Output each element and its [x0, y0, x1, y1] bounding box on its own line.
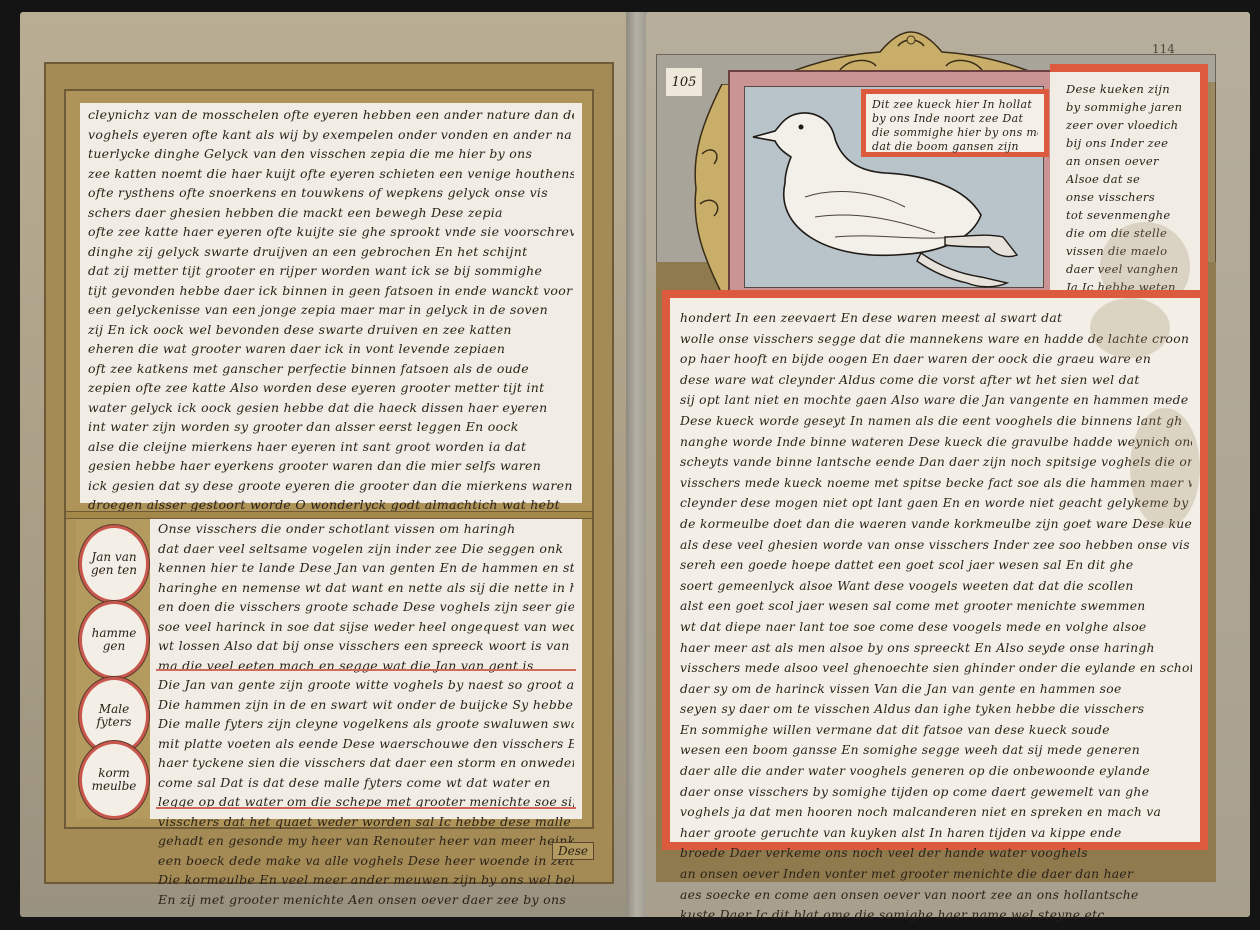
caption-line: by ons Inde noort zee Dat [872, 112, 1038, 126]
manuscript-text-line: voghels ja dat men hooren noch malcander… [680, 802, 1192, 823]
manuscript-text-line: haer meer ast als men alsoe by ons spree… [680, 638, 1192, 659]
bird-illustration-frame: Dit zee kueck hier In hollat by ons Inde… [728, 70, 1060, 304]
manuscript-text-line: een gelyckenisse van een jonge zepia mae… [88, 300, 574, 320]
manuscript-text-line: soert gemeenlyck alsoe Want dese voogels… [680, 576, 1192, 597]
manuscript-text-line: int water zijn worden sy grooter dan als… [88, 417, 574, 437]
red-underline-rule [156, 807, 576, 809]
manuscript-text-line: alst een goet scol jaer wesen sal come m… [680, 596, 1192, 617]
manuscript-text-line: Die kormeulbe En veel meer ander meuwen … [158, 870, 574, 890]
manuscript-text-line: voghels eyeren ofte kant als wij by exem… [88, 125, 574, 145]
manuscript-text-line: zepien ofte zee katte Also worden dese e… [88, 378, 574, 398]
manuscript-text-line: Alsoe dat se [1066, 170, 1194, 188]
manuscript-text-line: mit platte voeten als eende Dese waersch… [158, 734, 574, 754]
manuscript-text-line: ofte zee katte haer eyeren ofte kuijte s… [88, 222, 574, 242]
manuscript-text-line: onse visschers [1066, 188, 1194, 206]
water-stain [1090, 298, 1170, 358]
manuscript-text-line: come sal Dat is dat dese malle fyters co… [158, 773, 574, 793]
manuscript-text-line: broede Daer verkeme ons noch veel der ha… [680, 843, 1192, 864]
marginal-label-kormeulbe: korm meulbe [79, 741, 149, 819]
manuscript-text-line: haer groote geruchte van kuyken alst In … [680, 823, 1192, 844]
bird-illustration: Dit zee kueck hier In hollat by ons Inde… [744, 86, 1044, 288]
caption-line: Dit zee kueck hier In hollat [872, 98, 1038, 112]
left-ochre-frame: cleynichz van de mosschelen ofte eyeren … [44, 62, 614, 884]
illustration-caption-box: Dit zee kueck hier In hollat by ons Inde… [861, 89, 1049, 157]
manuscript-text-line: zij En ick oock wel bevonden dese swarte… [88, 320, 574, 340]
red-underline-rule [156, 669, 576, 671]
manuscript-text-line: tuerlycke dinghe Gelyck van den visschen… [88, 144, 574, 164]
manuscript-text-line: an onsen oever [1066, 152, 1194, 170]
manuscript-text-line: Die Jan van gente zijn groote witte vogh… [158, 675, 574, 695]
manuscript-text-line: dinghe zij gelyck swarte druijven an een… [88, 242, 574, 262]
manuscript-text-line: kuste Daer Ic dit blat ome die somighe h… [680, 905, 1192, 926]
manuscript-text-line: cleynder dese mogen niet opt lant gaen E… [680, 493, 1192, 514]
manuscript-text-line: daer sy om de harinck vissen Van die Jan… [680, 679, 1192, 700]
manuscript-text-line: visschers mede alsoo veel ghenoechte sie… [680, 658, 1192, 679]
manuscript-text-line: nanghe worde Inde binne wateren Dese kue… [680, 432, 1192, 453]
manuscript-text-line: soe veel harinck in soe dat sijse weder … [158, 617, 574, 637]
manuscript-text-line: gesien hebbe haer eyerkens grooter waren… [88, 456, 574, 476]
manuscript-text-line: visschers mede kueck noeme met spitse be… [680, 473, 1192, 494]
manuscript-text-line: sij opt lant niet en mochte gaen Also wa… [680, 390, 1192, 411]
marginal-gutter: Jan van gen ten hamme gen Male fyters ko… [76, 519, 152, 819]
manuscript-text-line: als dese veel ghesien worde van onse vis… [680, 535, 1192, 556]
manuscript-text-line: gehadt en gesonde my heer van Renouter h… [158, 831, 574, 851]
manuscript-text-line: de kormeulbe doet dan die waeren vande k… [680, 514, 1192, 535]
manuscript-text-line: Die hammen zijn in de en swart wit onder… [158, 695, 574, 715]
manuscript-text-line: dat zij metter tijt grooter en rijper wo… [88, 261, 574, 281]
manuscript-text-line: een boeck dede make va alle voghels Dese… [158, 851, 574, 871]
manuscript-text-line: Dese kueken zijn [1066, 80, 1194, 98]
manuscript-text-line: eheren die wat grooter waren daer ick in… [88, 339, 574, 359]
left-inner-frame: cleynichz van de mosschelen ofte eyeren … [64, 89, 594, 829]
pencil-foliation-number: 114 [1152, 42, 1175, 56]
right-page: 114 105 [646, 12, 1250, 917]
right-main-text-block: hondert In een zeevaert En dese waren me… [662, 290, 1208, 850]
manuscript-text-line: Onse visschers die onder schotlant visse… [158, 519, 574, 539]
marginal-label-hammen: hamme gen [79, 601, 149, 679]
manuscript-text-line: water gelyck ick oock gesien hebbe dat d… [88, 398, 574, 418]
manuscript-text-line: ma die veel eeten mach en segge wat die … [158, 656, 574, 676]
manuscript-text-line: Die malle fyters zijn cleyne vogelkens a… [158, 714, 574, 734]
manuscript-text-line: tijt gevonden hebbe daer ick binnen in g… [88, 281, 574, 301]
manuscript-text-line: ofte rysthens ofte snoerkens en touwkens… [88, 183, 574, 203]
manuscript-spread: cleynichz van de mosschelen ofte eyeren … [20, 12, 1250, 920]
manuscript-text-line: seyen sy daer om te visschen Aldus dan i… [680, 699, 1192, 720]
manuscript-text-line: tot sevenmenghe [1066, 206, 1194, 224]
caption-line: die sommighe hier by ons menen [872, 126, 1038, 140]
manuscript-text-line: haer tyckene sien die visschers dat daer… [158, 753, 574, 773]
manuscript-text-line: wesen een boom gansse En somighe segge w… [680, 740, 1192, 761]
manuscript-text-line: wt dat diepe naer lant toe soe come dese… [680, 617, 1192, 638]
catchword: Dese [552, 842, 594, 860]
manuscript-text-line: sereh een goede hoepe dattet een goet sc… [680, 555, 1192, 576]
manuscript-text-line: alse die cleijne mierkens haer eyeren in… [88, 437, 574, 457]
manuscript-text-line: zee katten noemt die haer kuijt ofte eye… [88, 164, 574, 184]
manuscript-text-line: wt lossen Also dat bij onse visschers ee… [158, 636, 574, 656]
manuscript-text-line: scheyts vande binne lantsche eende Dan d… [680, 452, 1192, 473]
caption-line: dat die boom gansen zijn [872, 140, 1038, 154]
manuscript-text-line: an onsen oever Inden vonter met grooter … [680, 864, 1192, 885]
marginal-label-jan-van-genten: Jan van gen ten [79, 525, 149, 603]
manuscript-text-line: Dese kueck worde geseyt In namen als die… [680, 411, 1192, 432]
manuscript-text-line: ick gesien dat sy dese groote eyeren die… [88, 476, 574, 496]
manuscript-text-line: oft zee katkens met ganscher perfectie b… [88, 359, 574, 379]
manuscript-text-line: daer onse visschers by somighe tijden op… [680, 782, 1192, 803]
manuscript-text-line: bij ons Inder zee [1066, 134, 1194, 152]
left-top-text-block: cleynichz van de mosschelen ofte eyeren … [80, 103, 582, 503]
manuscript-text-line: kennen hier te lande Dese Jan van genten… [158, 558, 574, 578]
manuscript-text-line: en doen die visschers groote schade Dese… [158, 597, 574, 617]
manuscript-text-line: dat daer veel seltsame vogelen zijn inde… [158, 539, 574, 559]
manuscript-text-line: zeer over vloedich [1066, 116, 1194, 134]
manuscript-text-line: cleynichz van de mosschelen ofte eyeren … [88, 105, 574, 125]
water-stain [1130, 408, 1200, 528]
manuscript-text-line: daer alle die ander water vooghels gener… [680, 761, 1192, 782]
manuscript-text-line: En sommighe willen vermane dat dit fatso… [680, 720, 1192, 741]
manuscript-text-line: En zij met grooter menichte Aen onsen oe… [158, 890, 574, 910]
manuscript-text-line: haringhe en nemense wt dat want en nette… [158, 578, 574, 598]
section-divider [66, 511, 592, 519]
right-side-text-column: Dese kueken zijnby sommighe jarenzeer ov… [1050, 64, 1208, 304]
manuscript-text-line: schers daer ghesien hebben die mackt een… [88, 203, 574, 223]
manuscript-text-line: aes soecke en come aen onsen oever van n… [680, 885, 1192, 906]
manuscript-text-line: by sommighe jaren [1066, 98, 1194, 116]
left-page: cleynichz van de mosschelen ofte eyeren … [20, 12, 632, 917]
manuscript-text-line: dese ware wat cleynder Aldus come die vo… [680, 370, 1192, 391]
manuscript-text-line: visschers dat het quaet weder worden sal… [158, 812, 574, 832]
